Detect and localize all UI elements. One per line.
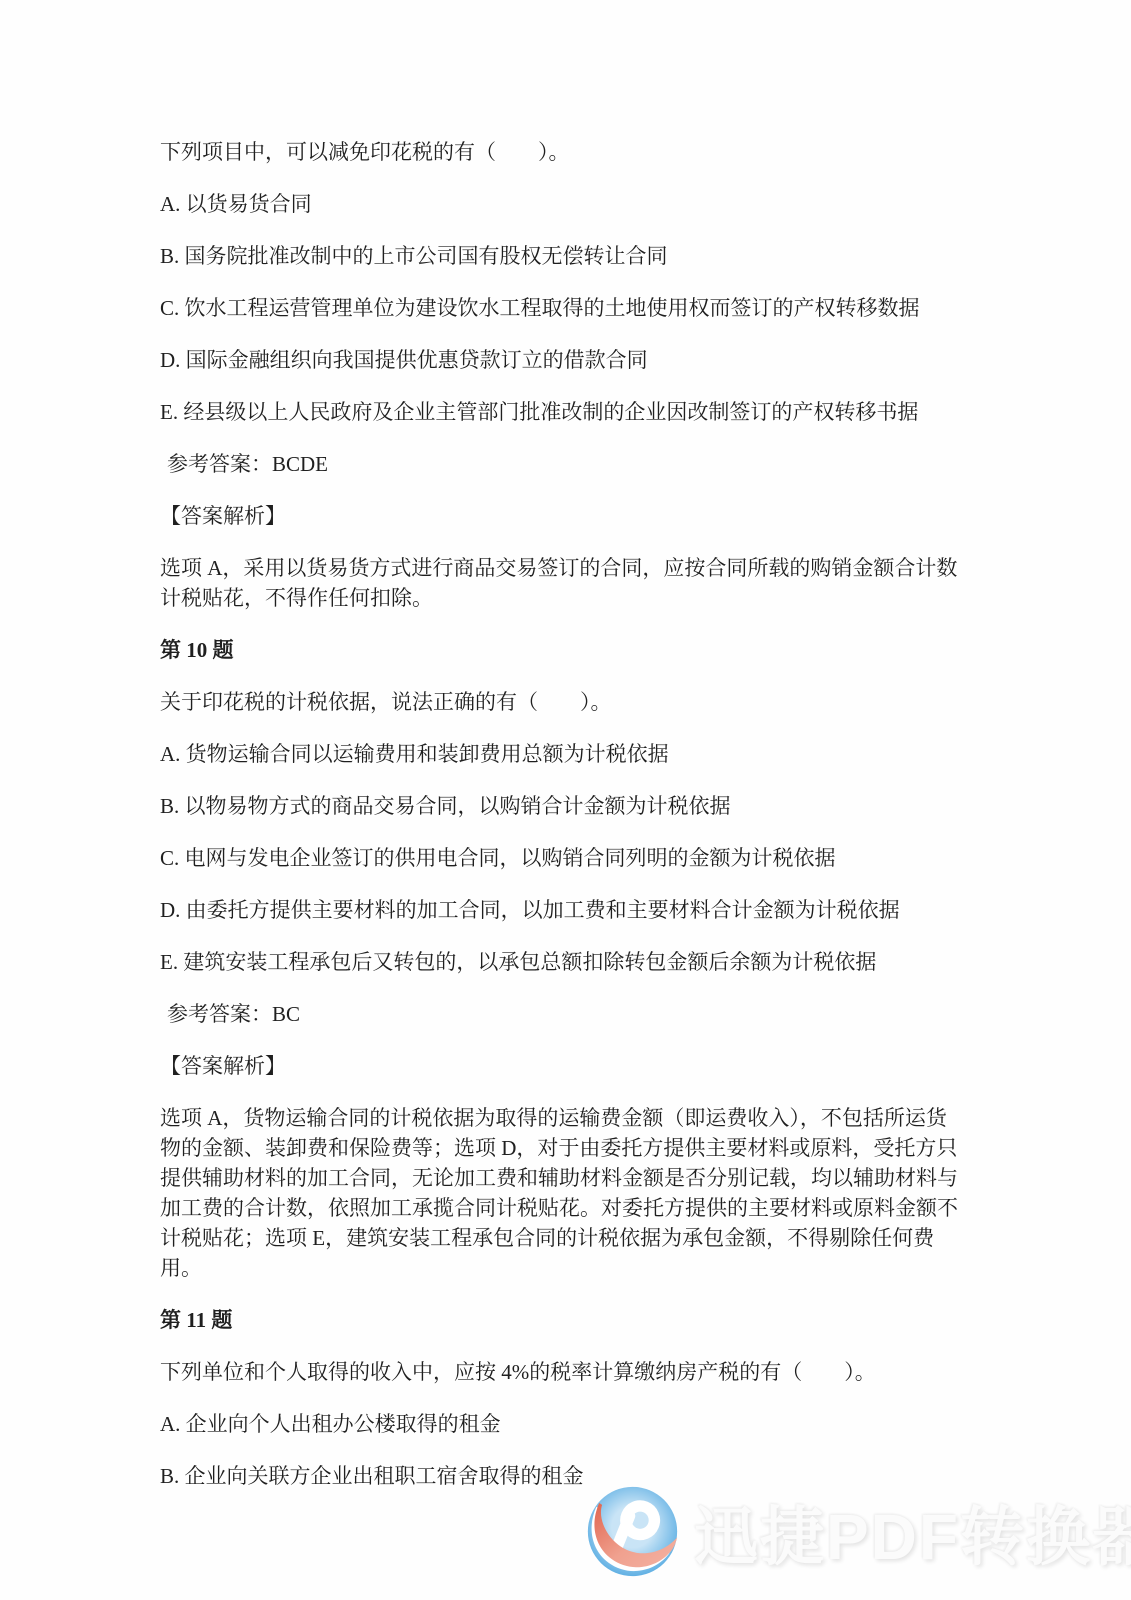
watermark-text: 迅捷PDF转换器	[694, 1486, 1131, 1578]
option-e: E. 经县级以上人民政府及企业主管部门批准改制的企业因改制签订的产权转移书据	[160, 397, 966, 427]
option-b: B. 以物易物方式的商品交易合同，以购销合计金额为计税依据	[160, 791, 966, 821]
question-list: 下列项目中，可以减免印花税的有（ ）。 A. 以货易货合同 B. 国务院批准改制…	[160, 137, 966, 1513]
document-page: 下列项目中，可以减免印花税的有（ ）。 A. 以货易货合同 B. 国务院批准改制…	[0, 0, 1131, 1600]
question-block-9: 下列项目中，可以减免印花税的有（ ）。 A. 以货易货合同 B. 国务院批准改制…	[160, 137, 966, 613]
question-stem: 关于印花税的计税依据，说法正确的有（ ）。	[160, 687, 966, 717]
reference-answer: 参考答案：BCDE	[160, 449, 966, 479]
option-a: A. 以货易货合同	[160, 189, 966, 219]
option-d: D. 由委托方提供主要材料的加工合同，以加工费和主要材料合计金额为计税依据	[160, 895, 966, 925]
analysis-text: 选项 A，货物运输合同的计税依据为取得的运输费金额（即运费收入），不包括所运货物…	[160, 1103, 966, 1283]
question-block-11: 第 11 题 下列单位和个人取得的收入中，应按 4%的税率计算缴纳房产税的有（ …	[160, 1305, 966, 1491]
question-stem: 下列项目中，可以减免印花税的有（ ）。	[160, 137, 966, 167]
question-block-10: 第 10 题 关于印花税的计税依据，说法正确的有（ ）。 A. 货物运输合同以运…	[160, 635, 966, 1283]
question-heading: 第 10 题	[160, 635, 966, 665]
question-heading: 第 11 题	[160, 1305, 966, 1335]
option-d: D. 国际金融组织向我国提供优惠贷款订立的借款合同	[160, 345, 966, 375]
option-a: A. 企业向个人出租办公楼取得的租金	[160, 1409, 966, 1439]
pdf-converter-logo-icon	[585, 1484, 680, 1579]
watermark: 迅捷PDF转换器	[585, 1484, 1131, 1579]
option-e: E. 建筑安装工程承包后又转包的，以承包总额扣除转包金额后余额为计税依据	[160, 947, 966, 977]
question-stem: 下列单位和个人取得的收入中，应按 4%的税率计算缴纳房产税的有（ ）。	[160, 1357, 966, 1387]
option-c: C. 饮水工程运营管理单位为建设饮水工程取得的土地使用权而签订的产权转移数据	[160, 293, 966, 323]
option-c: C. 电网与发电企业签订的供用电合同，以购销合同列明的金额为计税依据	[160, 843, 966, 873]
option-b: B. 国务院批准改制中的上市公司国有股权无偿转让合同	[160, 241, 966, 271]
reference-answer: 参考答案：BC	[160, 999, 966, 1029]
analysis-title: 【答案解析】	[160, 1051, 966, 1081]
option-a: A. 货物运输合同以运输费用和装卸费用总额为计税依据	[160, 739, 966, 769]
analysis-text: 选项 A，采用以货易货方式进行商品交易签订的合同，应按合同所载的购销金额合计数计…	[160, 553, 966, 613]
analysis-title: 【答案解析】	[160, 501, 966, 531]
